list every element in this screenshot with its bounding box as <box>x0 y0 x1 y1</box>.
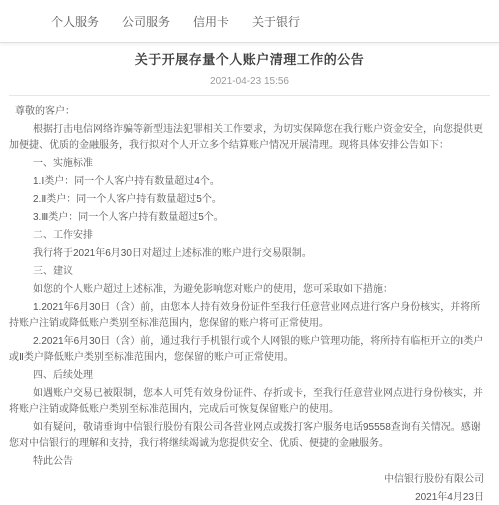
article-paragraph: 2.2021年6月30日（含）前，通过我行手机银行或个人网银的账户管理功能，将所… <box>9 334 490 366</box>
closing-line: 特此公告 <box>9 454 490 470</box>
article-paragraph: 3.Ⅲ类户：同一个人客户持有数量超过5个。 <box>9 210 490 226</box>
article-paragraph: 1.Ⅰ类户：同一个人客户持有数量超过4个。 <box>9 174 490 190</box>
article-header: 关于开展存量个人账户清理工作的公告 2021-04-23 15:56 <box>0 43 499 95</box>
nav-item-personal-services[interactable]: 个人服务 <box>51 13 99 30</box>
nav-item-credit-card[interactable]: 信用卡 <box>193 13 229 30</box>
section-heading-implementation-standard: 一、实施标准 <box>9 156 490 172</box>
article-paragraph: 如有疑问，敬请垂询中信银行股份有限公司各营业网点或拨打客户服务电话95558查询… <box>9 420 490 452</box>
article-paragraph: 如遇账户交易已被限制，您本人可凭有效身份证件、存折或卡，至我行任意营业网点进行身… <box>9 386 490 418</box>
top-navigation: 个人服务 公司服务 信用卡 关于银行 <box>0 0 499 43</box>
section-heading-suggestions: 三、建议 <box>9 264 490 280</box>
nav-item-about-bank[interactable]: 关于银行 <box>252 13 300 30</box>
section-heading-work-arrangement: 二、工作安排 <box>9 228 490 244</box>
publish-datetime: 2021-04-23 15:56 <box>0 75 499 95</box>
article-body: 尊敬的客户： 根据打击电信网络诈骗等新型违法犯罪相关工作要求，为切实保障您在我行… <box>9 95 490 505</box>
signature-block: 中信银行股份有限公司 2021年4月23日 <box>9 472 490 505</box>
article-paragraph: 如您的个人账户超过上述标准，为避免影响您对账户的使用，您可采取如下措施： <box>9 282 490 298</box>
article-paragraph: 2.Ⅱ类户：同一个人客户持有数量超过5个。 <box>9 192 490 208</box>
page-title: 关于开展存量个人账户清理工作的公告 <box>0 51 499 69</box>
announcement-page: 关于开展存量个人账户清理工作的公告 2021-04-23 15:56 尊敬的客户… <box>0 43 499 505</box>
article-paragraph: 我行将于2021年6月30日对超过上述标准的账户进行交易限制。 <box>9 246 490 262</box>
signature-company: 中信银行股份有限公司 <box>9 472 484 488</box>
greeting-line: 尊敬的客户： <box>9 104 490 120</box>
section-heading-follow-up: 四、后续处理 <box>9 368 490 384</box>
article-paragraph: 根据打击电信网络诈骗等新型违法犯罪相关工作要求，为切实保障您在我行账户资金安全，… <box>9 122 490 154</box>
nav-item-corporate-services[interactable]: 公司服务 <box>122 13 170 30</box>
article-paragraph: 1.2021年6月30日（含）前，由您本人持有效身份证件至我行任意营业网点进行客… <box>9 300 490 332</box>
signature-date: 2021年4月23日 <box>9 490 484 505</box>
